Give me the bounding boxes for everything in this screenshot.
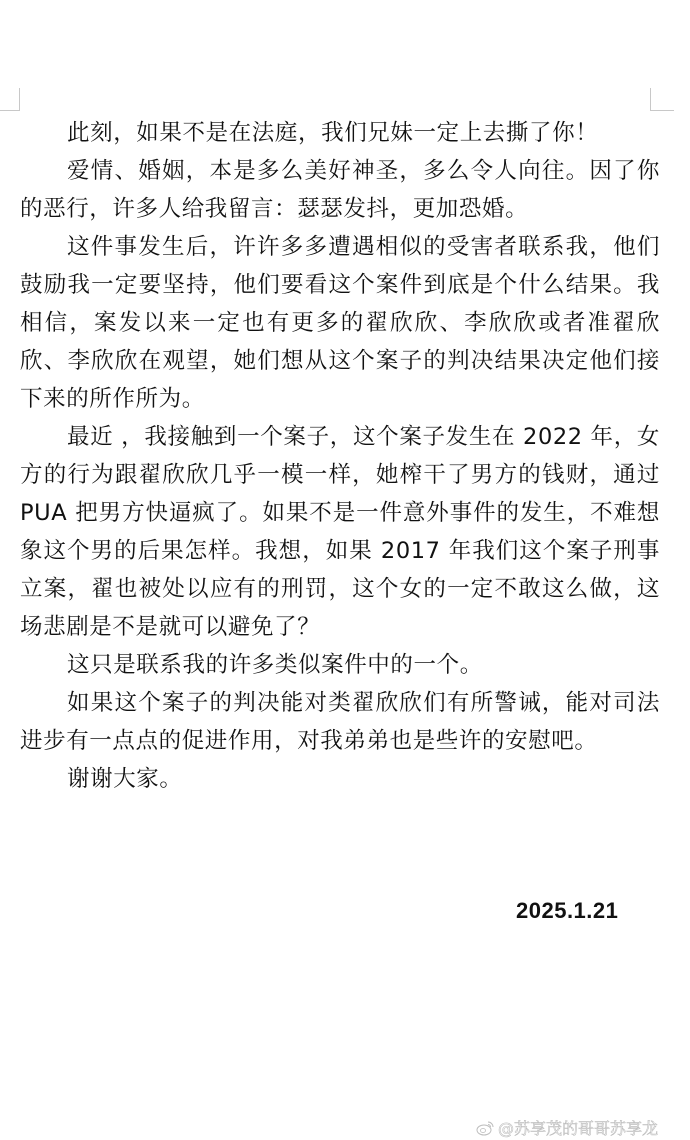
paragraph-2: 爱情、婚姻，本是多么美好神圣，多么令人向往。因了你的恶行，许多人给我留言：瑟瑟发…	[20, 152, 660, 228]
paragraph-4: 最近 ，我接触到一个案子，这个案子发生在 2022 年，女方的行为跟翟欣欣几乎一…	[20, 418, 660, 646]
document-date: 2025.1.21	[516, 898, 618, 924]
paragraph-3: 这件事发生后，许许多多遭遇相似的受害者联系我，他们鼓励我一定要坚持，他们要看这个…	[20, 228, 660, 418]
page-corner-mark-right	[650, 88, 651, 111]
watermark: @苏享茂的哥哥苏享龙	[476, 1116, 658, 1139]
page-corner-mark-left-horizontal	[0, 110, 20, 111]
paragraph-6: 如果这个案子的判决能对类翟欣欣们有所警诫，能对司法进步有一点点的促进作用，对我弟…	[20, 684, 660, 760]
weibo-icon	[476, 1120, 494, 1136]
page-corner-mark-right-horizontal	[650, 110, 674, 111]
watermark-text: @苏享茂的哥哥苏享龙	[498, 1116, 658, 1139]
paragraph-5: 这只是联系我的许多类似案件中的一个。	[20, 646, 660, 684]
paragraph-7: 谢谢大家。	[20, 760, 660, 798]
page-corner-mark-left	[19, 88, 20, 111]
paragraph-1: 此刻，如果不是在法庭，我们兄妹一定上去撕了你！	[20, 114, 660, 152]
document-body: 此刻，如果不是在法庭，我们兄妹一定上去撕了你！ 爱情、婚姻，本是多么美好神圣，多…	[20, 114, 660, 798]
